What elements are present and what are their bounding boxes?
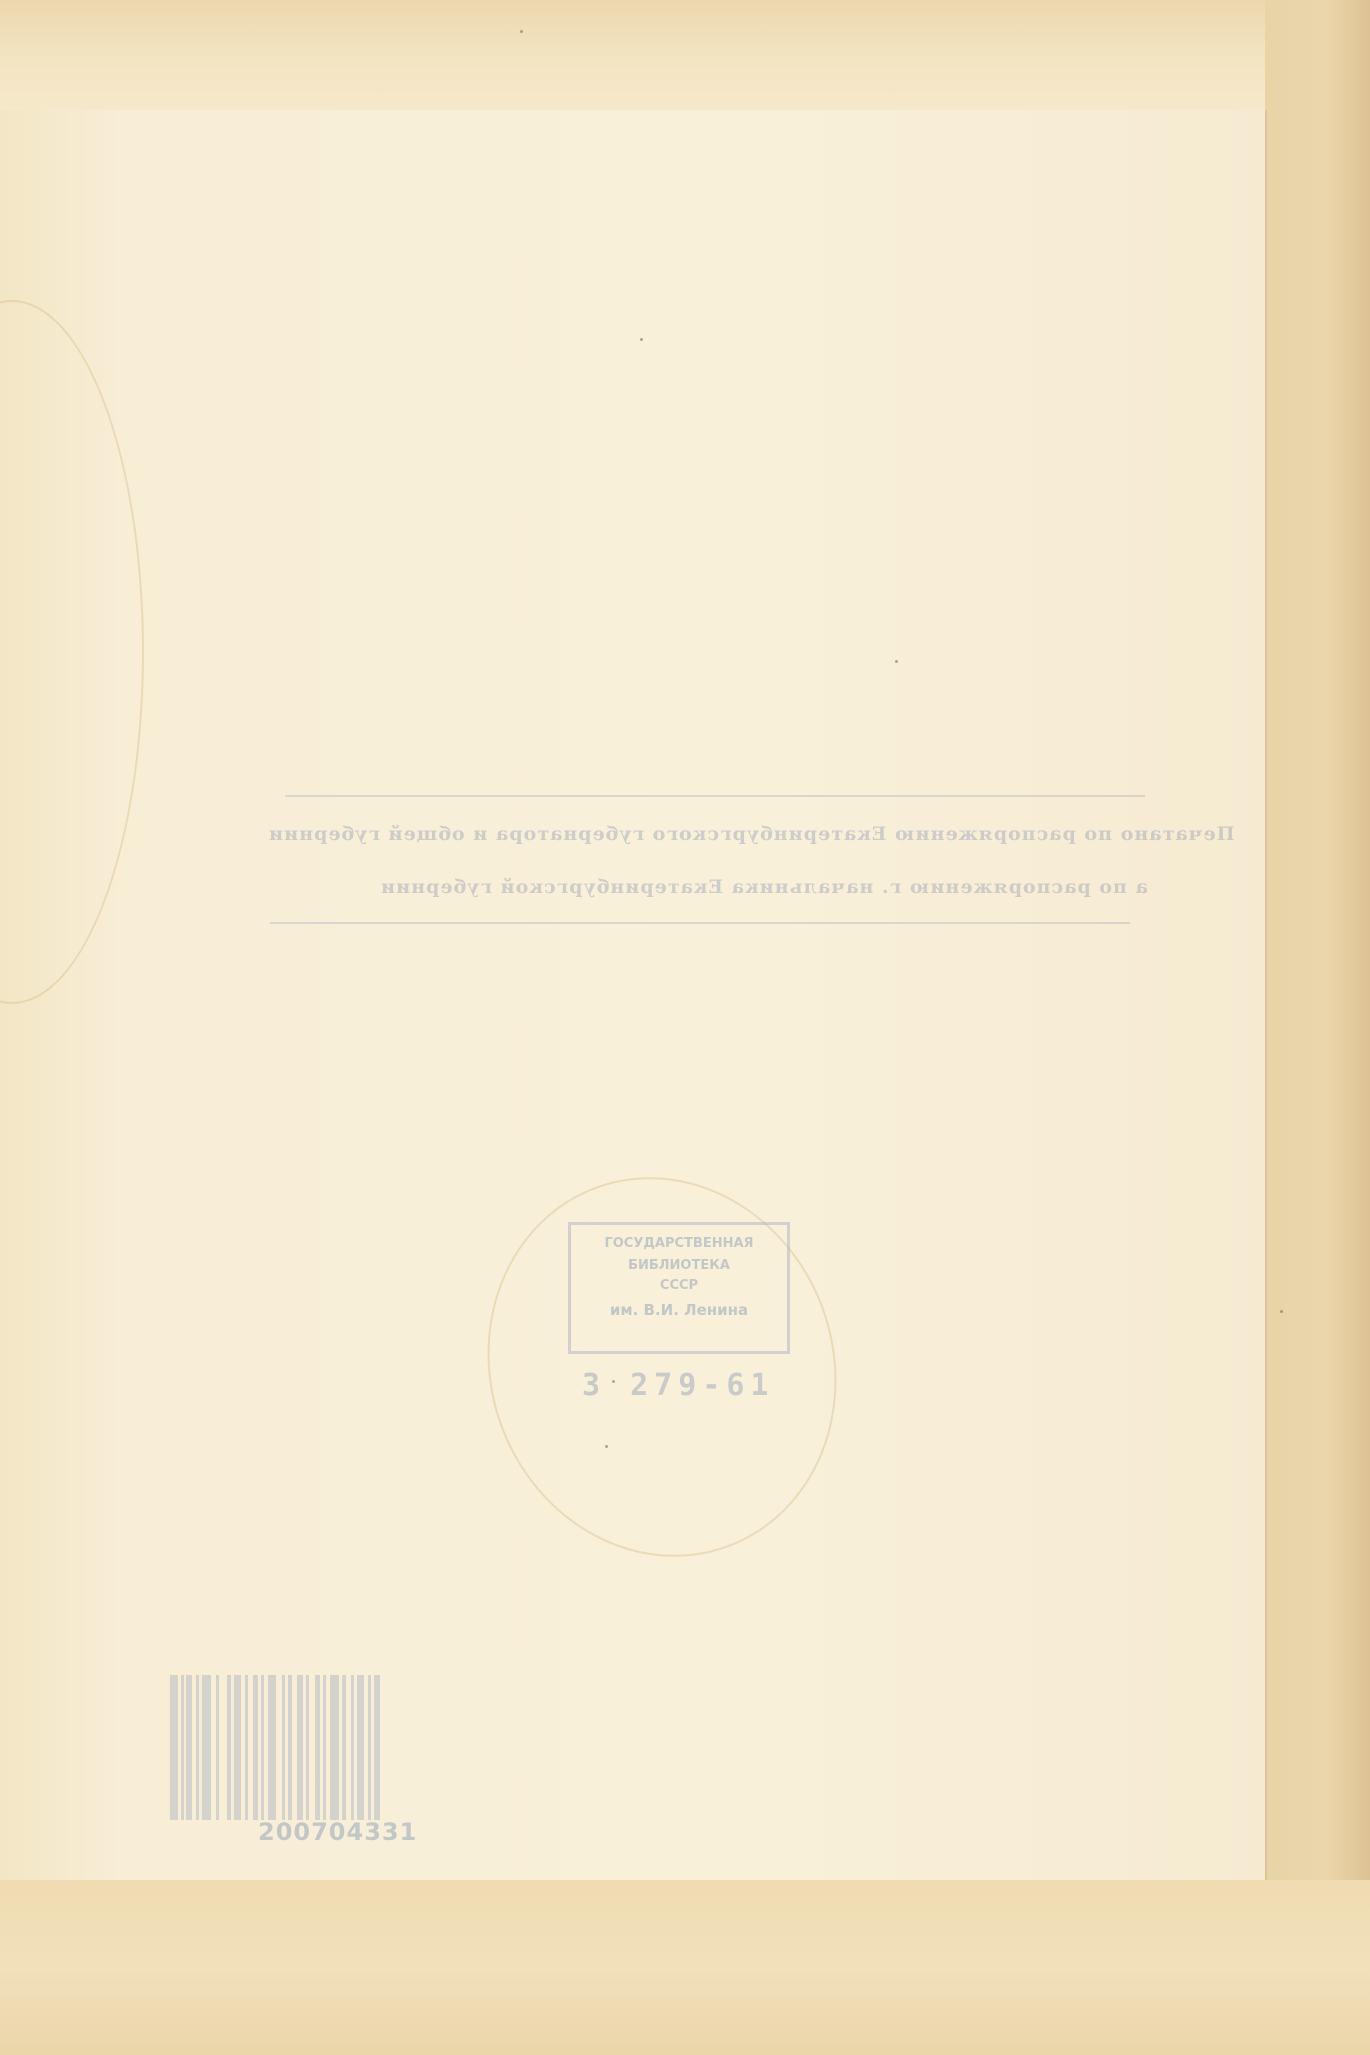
stamp-line-2: БИБЛИОТЕКА — [571, 1257, 787, 1275]
barcode-number: 200704331 — [258, 1818, 417, 1846]
paper-speck — [520, 30, 523, 33]
paper-speck — [1280, 1310, 1283, 1313]
paper-speck — [640, 338, 643, 341]
stamp-line-1: ГОСУДАРСТВЕННАЯ — [571, 1231, 787, 1257]
bottom-rule — [270, 922, 1130, 924]
stamp-line-4: им. В.И. Ленина — [571, 1297, 787, 1323]
top-rule — [285, 795, 1145, 797]
paper-speck — [605, 1445, 608, 1448]
library-stamp: ГОСУДАРСТВЕННАЯ БИБЛИОТЕКА СССР им. В.И.… — [568, 1222, 790, 1354]
inventory-number: 3 279-61 — [582, 1368, 775, 1403]
stamp-line-3: СССР — [571, 1275, 787, 1297]
show-through-line-1: Печатано по распоряжению Екатеринбургско… — [268, 823, 1235, 845]
paper-speck — [895, 660, 898, 663]
page-right-edge — [1265, 0, 1370, 2055]
inner-sheet — [0, 110, 1265, 1880]
page-bottom-edge — [0, 1880, 1370, 2055]
show-through-line-2: а по распоряжению г. начальника Екатерин… — [380, 876, 1148, 898]
barcode — [170, 1675, 415, 1820]
paper-speck — [612, 1380, 615, 1383]
